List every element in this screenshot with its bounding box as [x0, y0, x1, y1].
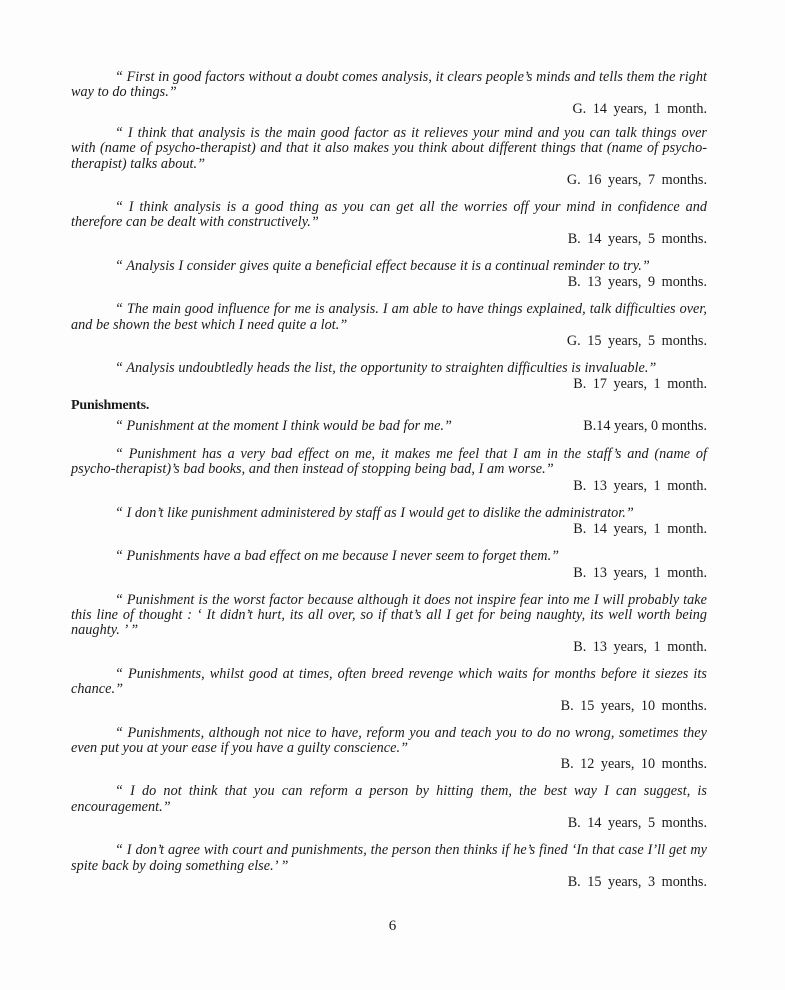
quote-attribution: B. 14 years, 1 month. [71, 521, 707, 537]
quote-entry: “ I don’t like punishment administered b… [71, 506, 707, 537]
quote-attribution: B. 14 years, 5 months. [71, 231, 707, 247]
page-number: 6 [0, 918, 785, 935]
quote-attribution: G. 15 years, 5 months. [71, 333, 707, 349]
quote-attribution: B. 17 years, 1 month. [71, 376, 707, 392]
quote-entry: “ I think that analysis is the main good… [71, 126, 707, 188]
quote-text: “ I don’t agree with court and punishmen… [71, 843, 707, 874]
quote-attribution: B. 12 years, 10 months. [71, 756, 707, 772]
quote-text: “ Punishments, whilst good at times, oft… [71, 667, 707, 698]
quote-text: “ Punishments have a bad effect on me be… [71, 549, 707, 564]
quote-entry: “ I don’t agree with court and punishmen… [71, 843, 707, 890]
quote-text: “ Punishments, although not nice to have… [71, 726, 707, 757]
quote-entry: “ Punishments, although not nice to have… [71, 726, 707, 773]
quote-entry: “ The main good influence for me is anal… [71, 302, 707, 349]
quote-text: “ Punishment at the moment I think would… [71, 419, 452, 434]
quote-entry: “ First in good factors without a doubt … [71, 70, 707, 117]
quote-entry: “ Punishments have a bad effect on me be… [71, 549, 707, 580]
analysis-quotes: “ First in good factors without a doubt … [71, 70, 707, 392]
quote-attribution: B. 13 years, 1 month. [71, 478, 707, 494]
quote-attribution: G. 14 years, 1 month. [71, 101, 707, 117]
quote-text: “ I think that analysis is the main good… [71, 126, 707, 172]
quote-text: “ Analysis undoubtledly heads the list, … [71, 361, 707, 376]
quote-text: “ I do not think that you can reform a p… [71, 784, 707, 815]
quote-text: “ First in good factors without a doubt … [71, 70, 707, 101]
quote-attribution: B. 13 years, 1 month. [71, 639, 707, 655]
quote-text: “ I think analysis is a good thing as yo… [71, 200, 707, 231]
quote-entry: “ Analysis I consider gives quite a bene… [71, 259, 707, 290]
punishment-quotes: “ Punishment has a very bad effect on me… [71, 447, 707, 890]
quote-entry: “ I do not think that you can reform a p… [71, 784, 707, 831]
quote-text: “ Punishment is the worst factor because… [71, 593, 707, 639]
quote-text: “ Analysis I consider gives quite a bene… [71, 259, 707, 274]
quote-entry: “ Punishments, whilst good at times, oft… [71, 667, 707, 714]
quote-entry: “ Analysis undoubtledly heads the list, … [71, 361, 707, 392]
quote-entry: “ Punishment at the moment I think would… [71, 418, 707, 434]
section-heading-punishments: Punishments. [71, 398, 707, 414]
quote-text: “ Punishment has a very bad effect on me… [71, 447, 707, 478]
quote-attribution: B. 13 years, 9 months. [71, 274, 707, 290]
quote-attribution: B. 13 years, 1 month. [71, 565, 707, 581]
quote-attribution: B.14 years, 0 months. [583, 418, 707, 434]
quote-entry: “ I think analysis is a good thing as yo… [71, 200, 707, 247]
quote-entry: “ Punishment is the worst factor because… [71, 593, 707, 655]
quote-text: “ I don’t like punishment administered b… [71, 506, 707, 521]
document-page: “ First in good factors without a doubt … [71, 70, 707, 902]
quote-entry: “ Punishment has a very bad effect on me… [71, 447, 707, 494]
quote-attribution: B. 15 years, 10 months. [71, 698, 707, 714]
quote-text: “ The main good influence for me is anal… [71, 302, 707, 333]
quote-attribution: B. 15 years, 3 months. [71, 874, 707, 890]
quote-attribution: G. 16 years, 7 months. [71, 172, 707, 188]
quote-attribution: B. 14 years, 5 months. [71, 815, 707, 831]
